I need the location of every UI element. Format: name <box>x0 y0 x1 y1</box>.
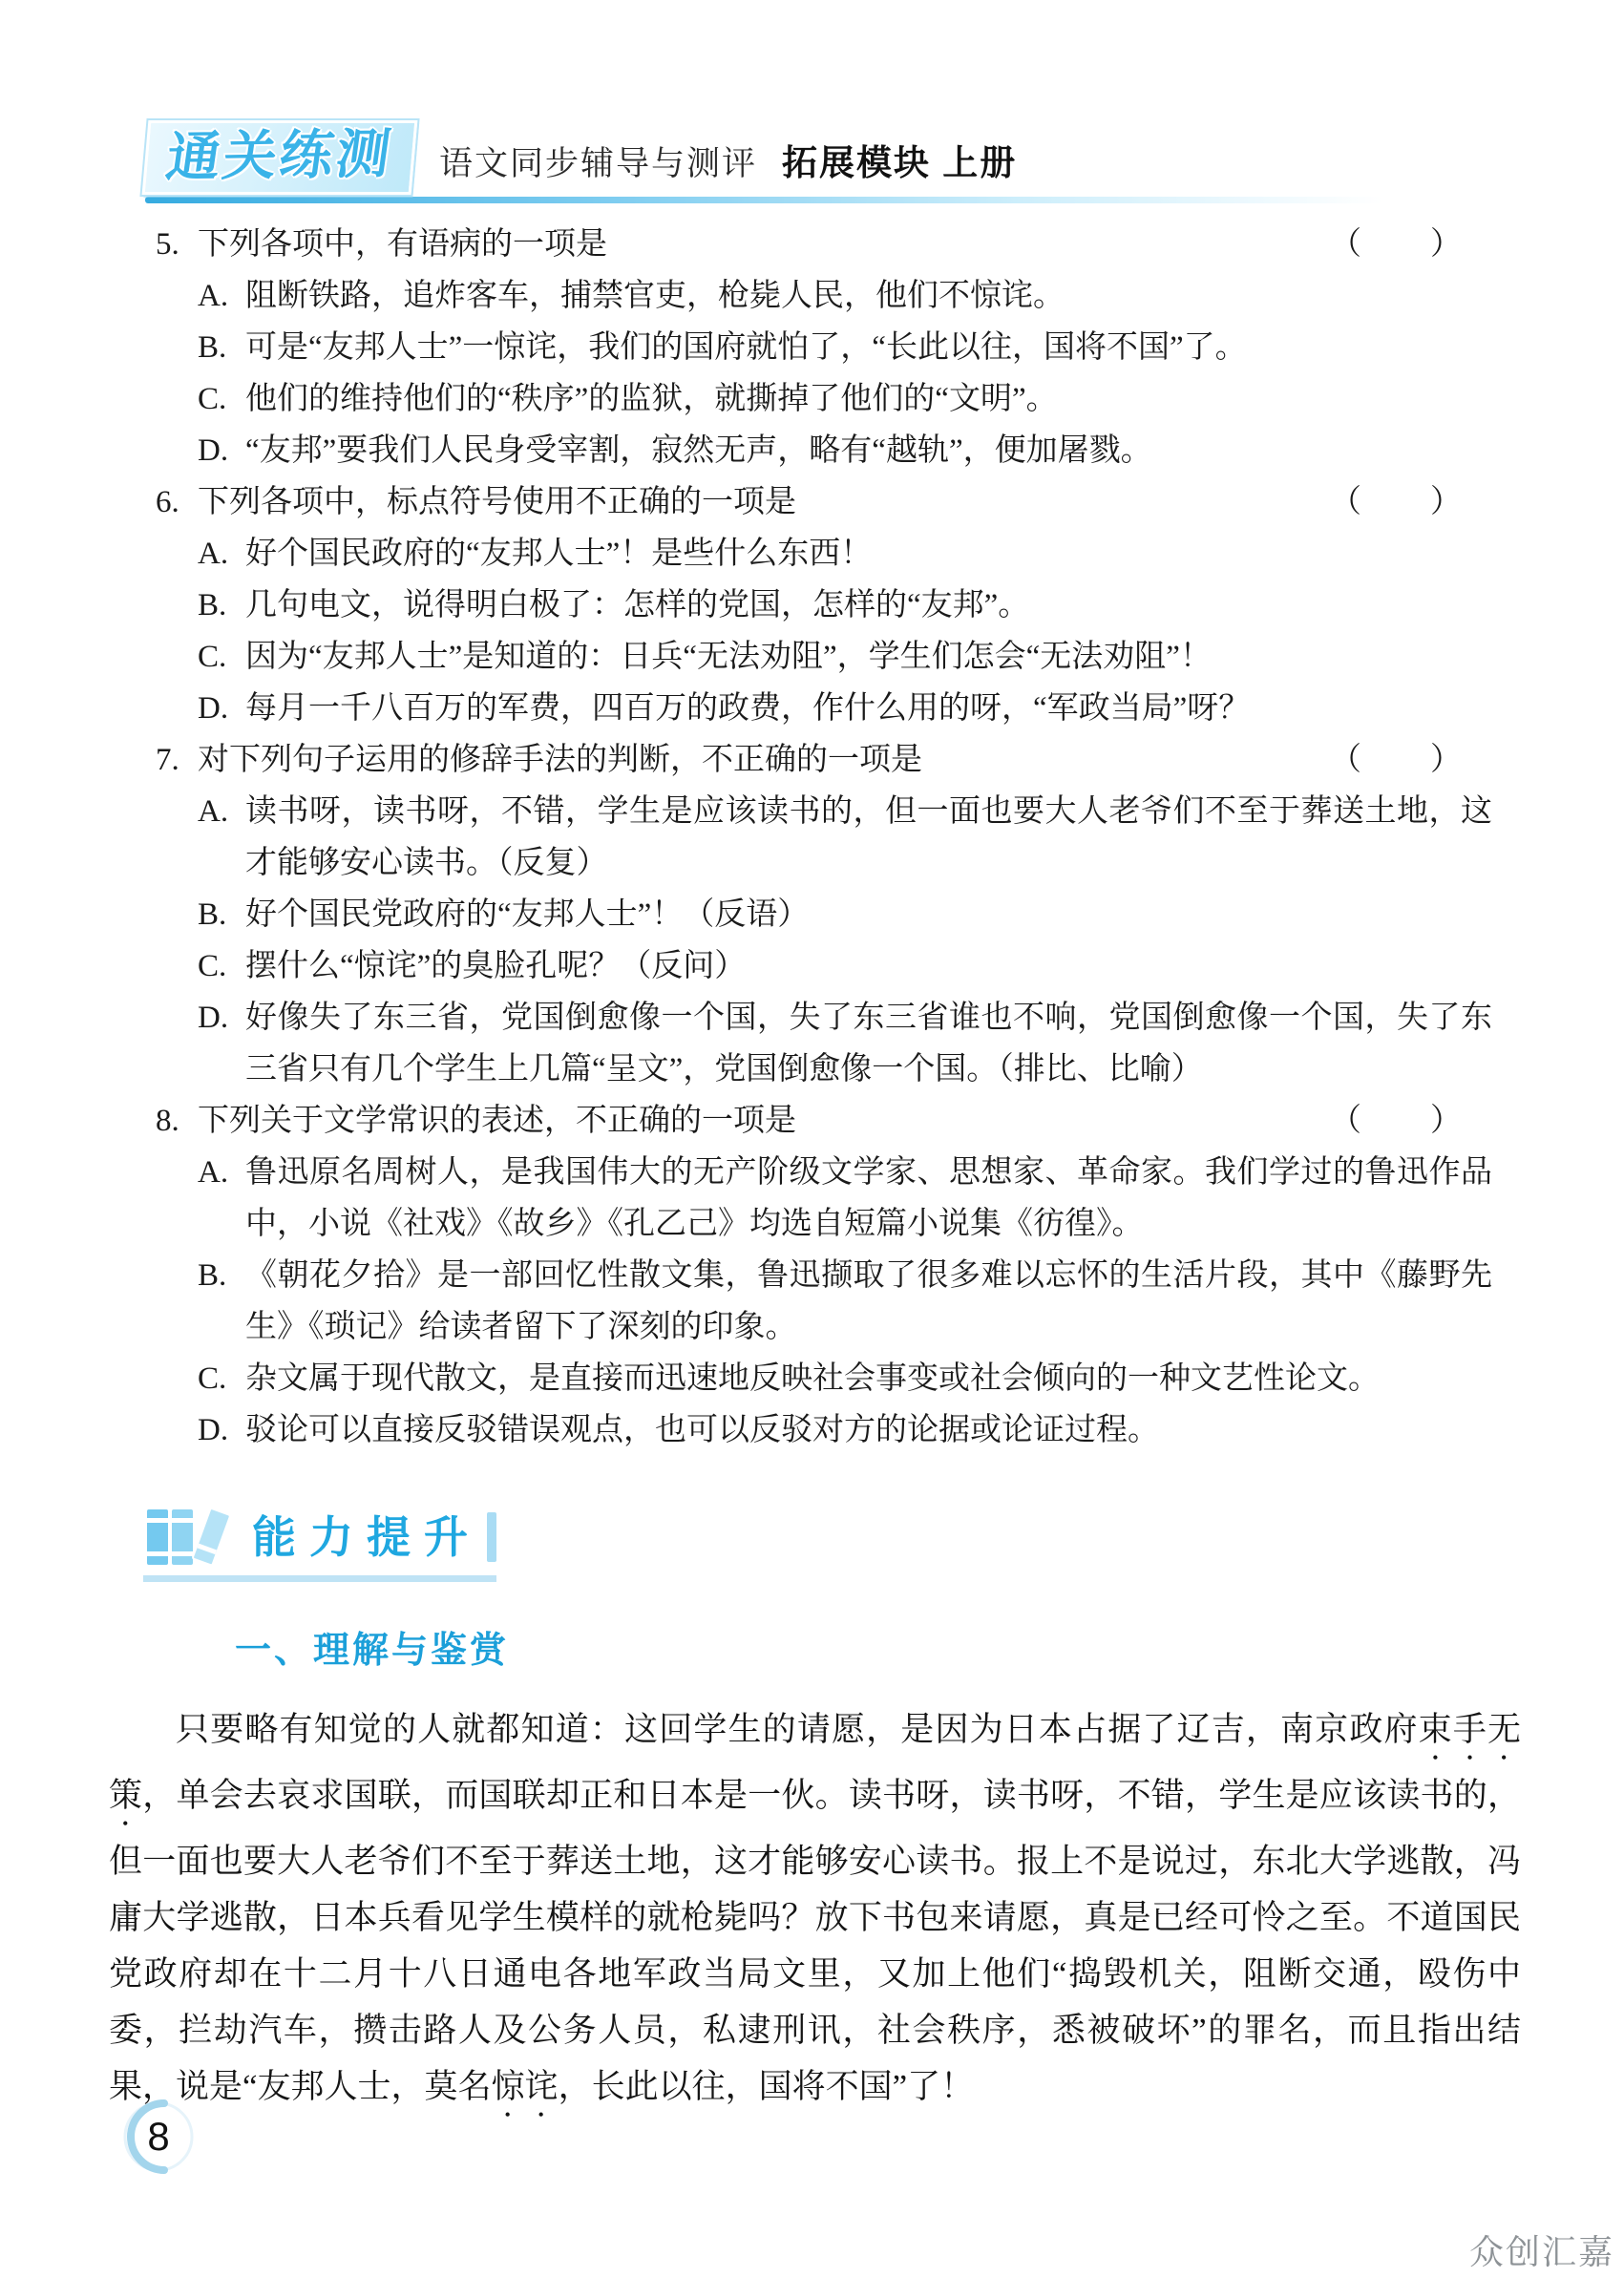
option-a: A.好个国民政府的“友邦人士”！是些什么东西！ <box>198 528 1492 580</box>
option-a: A.阻断铁路，追炸客车，捕禁官吏，枪毙人民，他们不惊诧。 <box>198 270 1492 322</box>
passage-segment: ，长此以往，国将不国”了！ <box>559 2068 975 2105</box>
option-b: B.可是“友邦人士”一惊诧，我们的国府就怕了，“长此以往，国将不国”了。 <box>198 322 1492 373</box>
option-label: B. <box>198 889 245 940</box>
banner-end-bar <box>487 1512 496 1562</box>
option-c: C.杂文属于现代散文，是直接而迅速地反映社会事变或社会倾向的一种文艺性论文。 <box>198 1353 1492 1404</box>
option-label: A. <box>198 270 245 322</box>
option-label: D. <box>198 992 245 1095</box>
header-divider <box>145 197 1490 203</box>
question-stem-row: 8. 下列关于文学常识的表述，不正确的一项是 （ ） <box>156 1095 1492 1147</box>
answer-bracket: （ ） <box>1330 1095 1492 1147</box>
option-text: 阻断铁路，追炸客车，捕禁官吏，枪毙人民，他们不惊诧。 <box>245 270 1492 322</box>
option-text: 读书呀，读书呀，不错，学生是应该读书的，但一面也要大人老爷们不至于葬送土地，这才… <box>245 786 1492 889</box>
question-stem-row: 7. 对下列句子运用的修辞手法的判断，不正确的一项是 （ ） <box>156 734 1492 786</box>
option-text: 他们的维持他们的“秩序”的监狱，就撕掉了他们的“文明”。 <box>245 373 1492 425</box>
option-text: 因为“友邦人士”是知道的：日兵“无法劝阻”，学生们怎会“无法劝阻”！ <box>245 631 1492 683</box>
option-text: 鲁迅原名周树人，是我国伟大的无产阶级文学家、思想家、革命家。我们学过的鲁迅作品中… <box>245 1147 1492 1250</box>
question-stem-row: 6. 下列各项中，标点符号使用不正确的一项是 （ ） <box>156 476 1492 528</box>
book-module: 拓展模块 上册 <box>782 134 1017 185</box>
banner-underline <box>143 1575 496 1582</box>
question-stem: 下列各项中，标点符号使用不正确的一项是 <box>198 476 1330 528</box>
option-text: 好像失了东三省，党国倒愈像一个国，失了东三省谁也不响，党国倒愈像一个国，失了东三… <box>245 992 1492 1095</box>
option-label: B. <box>198 322 245 373</box>
option-c: C.因为“友邦人士”是知道的：日兵“无法劝阻”，学生们怎会“无法劝阻”！ <box>198 631 1492 683</box>
option-label: C. <box>198 1353 245 1404</box>
option-a: A.读书呀，读书呀，不错，学生是应该读书的，但一面也要大人老爷们不至于葬送土地，… <box>198 786 1492 889</box>
option-text: 摆什么“惊诧”的臭脸孔呢？（反问） <box>245 940 1492 992</box>
workbook-page: 通关练测 语文同步辅导与测评 拓展模块 上册 5. 下列各项中，有语病的一项是 … <box>0 0 1624 2278</box>
option-b: B.好个国民党政府的“友邦人士”！（反语） <box>198 889 1492 940</box>
option-d: D.驳论可以直接反驳错误观点，也可以反驳对方的论据或论证过程。 <box>198 1404 1492 1456</box>
question-number: 7. <box>156 734 198 786</box>
option-label: D. <box>198 425 245 476</box>
question-5: 5. 下列各项中，有语病的一项是 （ ） A.阻断铁路，追炸客车，捕禁官吏，枪毙… <box>156 219 1492 476</box>
question-8: 8. 下列关于文学常识的表述，不正确的一项是 （ ） A.鲁迅原名周树人，是我国… <box>156 1095 1492 1456</box>
books-icon <box>143 1506 235 1569</box>
answer-bracket: （ ） <box>1330 476 1492 528</box>
header-titles: 语文同步辅导与测评 拓展模块 上册 <box>439 134 1017 195</box>
option-c: C.他们的维持他们的“秩序”的监狱，就撕掉了他们的“文明”。 <box>198 373 1492 425</box>
option-label: C. <box>198 940 245 992</box>
option-label: D. <box>198 683 245 734</box>
section-banner: 能力提升 <box>143 1506 496 1582</box>
page-header: 通关练测 语文同步辅导与测评 拓展模块 上册 <box>145 120 1490 203</box>
option-text: “友邦”要我们人民身受宰割，寂然无声，略有“越轨”，便加屠戮。 <box>245 425 1492 476</box>
question-stem: 下列关于文学常识的表述，不正确的一项是 <box>198 1095 1330 1147</box>
option-a: A.鲁迅原名周树人，是我国伟大的无产阶级文学家、思想家、革命家。我们学过的鲁迅作… <box>198 1147 1492 1250</box>
option-text: 好个国民政府的“友邦人士”！是些什么东西！ <box>245 528 1492 580</box>
option-text: 好个国民党政府的“友邦人士”！（反语） <box>245 889 1492 940</box>
answer-bracket: （ ） <box>1330 734 1492 786</box>
section-title: 能力提升 <box>252 1513 481 1562</box>
passage-segment-emphasized: 惊诧 <box>492 2068 559 2105</box>
option-label: B. <box>198 580 245 631</box>
option-text: 驳论可以直接反驳错误观点，也可以反驳对方的论据或论证过程。 <box>245 1404 1492 1456</box>
question-number: 6. <box>156 476 198 528</box>
option-text: 几句电文，说得明白极了：怎样的党国，怎样的“友邦”。 <box>245 580 1492 631</box>
option-text: 可是“友邦人士”一惊诧，我们的国府就怕了，“长此以往，国将不国”了。 <box>245 322 1492 373</box>
option-text: 每月一千八百万的军费，四百万的政费，作什么用的呀，“军政当局”呀？ <box>245 683 1492 734</box>
option-label: A. <box>198 786 245 889</box>
option-label: A. <box>198 528 245 580</box>
answer-bracket: （ ） <box>1330 219 1492 270</box>
option-text: 杂文属于现代散文，是直接而迅速地反映社会事变或社会倾向的一种文艺性论文。 <box>245 1353 1492 1404</box>
question-stem: 对下列句子运用的修辞手法的判断，不正确的一项是 <box>198 734 1330 786</box>
question-list: 5. 下列各项中，有语病的一项是 （ ） A.阻断铁路，追炸客车，捕禁官吏，枪毙… <box>156 219 1492 1456</box>
watermark: 众创汇嘉 <box>1469 2225 1614 2274</box>
passage-segment: 只要略有知觉的人就都知道：这回学生的请愿，是因为日本占据了辽吉，南京政府 <box>176 1711 1419 1748</box>
option-text: 《朝花夕拾》是一部回忆性散文集，鲁迅撷取了很多难以忘怀的生活片段，其中《藤野先生… <box>245 1250 1492 1353</box>
option-c: C.摆什么“惊诧”的臭脸孔呢？（反问） <box>198 940 1492 992</box>
subsection-title: 一、理解与鉴赏 <box>235 1620 1624 1673</box>
option-b: B.几句电文，说得明白极了：怎样的党国，怎样的“友邦”。 <box>198 580 1492 631</box>
option-b: B.《朝花夕拾》是一部回忆性散文集，鲁迅撷取了很多难以忘怀的生活片段，其中《藤野… <box>198 1250 1492 1353</box>
option-label: C. <box>198 631 245 683</box>
option-label: C. <box>198 373 245 425</box>
reading-passage: 只要略有知觉的人就都知道：这回学生的请愿，是因为日本占据了辽吉，南京政府束手无策… <box>109 1701 1521 2124</box>
brand-logo-text: 通关练测 <box>163 127 396 184</box>
question-7: 7. 对下列句子运用的修辞手法的判断，不正确的一项是 （ ） A.读书呀，读书呀… <box>156 734 1492 1095</box>
page-number: 8 <box>115 2093 202 2181</box>
header-row: 通关练测 语文同步辅导与测评 拓展模块 上册 <box>145 120 1490 195</box>
option-label: B. <box>198 1250 245 1353</box>
question-stem: 下列各项中，有语病的一项是 <box>198 219 1330 270</box>
page-number-badge: 8 <box>115 2093 202 2181</box>
option-label: A. <box>198 1147 245 1250</box>
question-stem-row: 5. 下列各项中，有语病的一项是 （ ） <box>156 219 1492 270</box>
question-number: 8. <box>156 1095 198 1147</box>
option-d: D.“友邦”要我们人民身受宰割，寂然无声，略有“越轨”，便加屠戮。 <box>198 425 1492 476</box>
option-d: D.好像失了东三省，党国倒愈像一个国，失了东三省谁也不响，党国倒愈像一个国，失了… <box>198 992 1492 1095</box>
option-label: D. <box>198 1404 245 1456</box>
question-6: 6. 下列各项中，标点符号使用不正确的一项是 （ ） A.好个国民政府的“友邦人… <box>156 476 1492 734</box>
book-subtitle: 语文同步辅导与测评 <box>439 137 757 185</box>
question-number: 5. <box>156 219 198 270</box>
option-d: D.每月一千八百万的军费，四百万的政费，作什么用的呀，“军政当局”呀？ <box>198 683 1492 734</box>
passage-segment: ，单会去哀求国联，而国联却正和日本是一伙。读书呀，读书呀，不错，学生是应该读书的… <box>109 1777 1521 2105</box>
brand-logo: 通关练测 <box>142 120 418 195</box>
